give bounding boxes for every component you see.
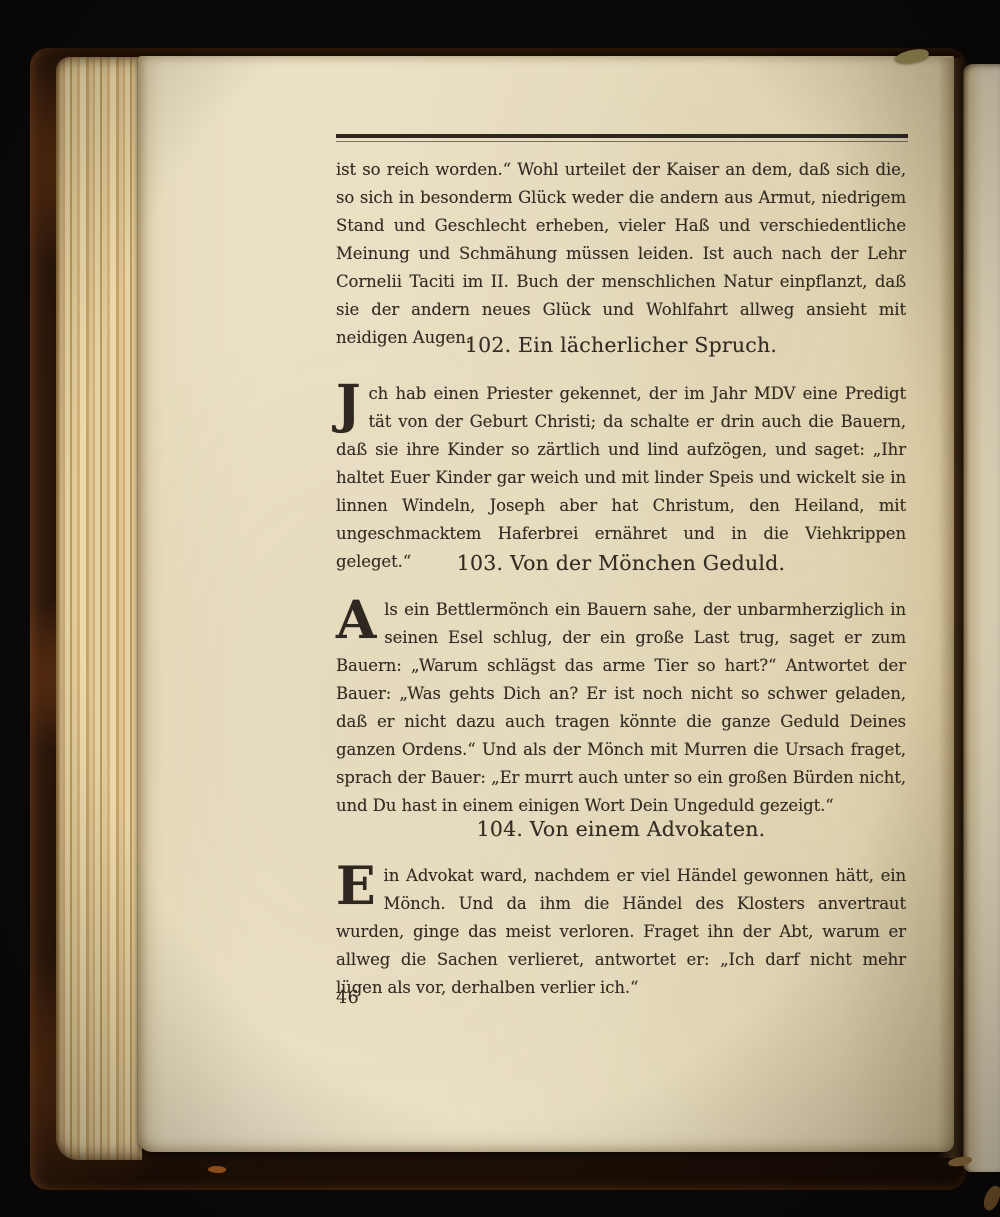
continuation-paragraph: ist so reich worden.“ Wohl urteilet der … (336, 156, 906, 352)
header-rule (336, 134, 908, 142)
page-number: 46 (336, 988, 359, 1008)
page-content: ist so reich worden.“ Wohl urteilet der … (336, 56, 906, 1152)
paragraph-text: ls ein Bettlermönch ein Bauern sahe, der… (336, 600, 906, 815)
facing-page-edge (963, 64, 1000, 1172)
story-paragraph-104: Ein Advokat ward, nachdem er viel Händel… (336, 862, 906, 1002)
section-heading-103: 103. Von der Mönchen Geduld. (336, 550, 906, 576)
paragraph-text: ch hab einen Priester gekennet, der im J… (336, 384, 906, 571)
section-heading-102: 102. Ein lächerlicher Spruch. (336, 332, 906, 358)
debris-speck (981, 1183, 1000, 1212)
story-paragraph-102: Jch hab einen Priester gekennet, der im … (336, 380, 906, 576)
drop-cap-initial: A (336, 596, 384, 650)
book-page: ist so reich worden.“ Wohl urteilet der … (138, 56, 954, 1152)
drop-cap-initial: J (336, 380, 369, 434)
paragraph-text: in Advokat ward, nachdem er viel Händel … (336, 866, 906, 997)
photo-background: ist so reich worden.“ Wohl urteilet der … (0, 0, 1000, 1217)
page-edges-stack (56, 57, 142, 1160)
story-paragraph-103: Als ein Bettlermönch ein Bauern sahe, de… (336, 596, 906, 820)
drop-cap-initial: E (336, 862, 384, 916)
section-heading-104: 104. Von einem Advokaten. (336, 816, 906, 842)
